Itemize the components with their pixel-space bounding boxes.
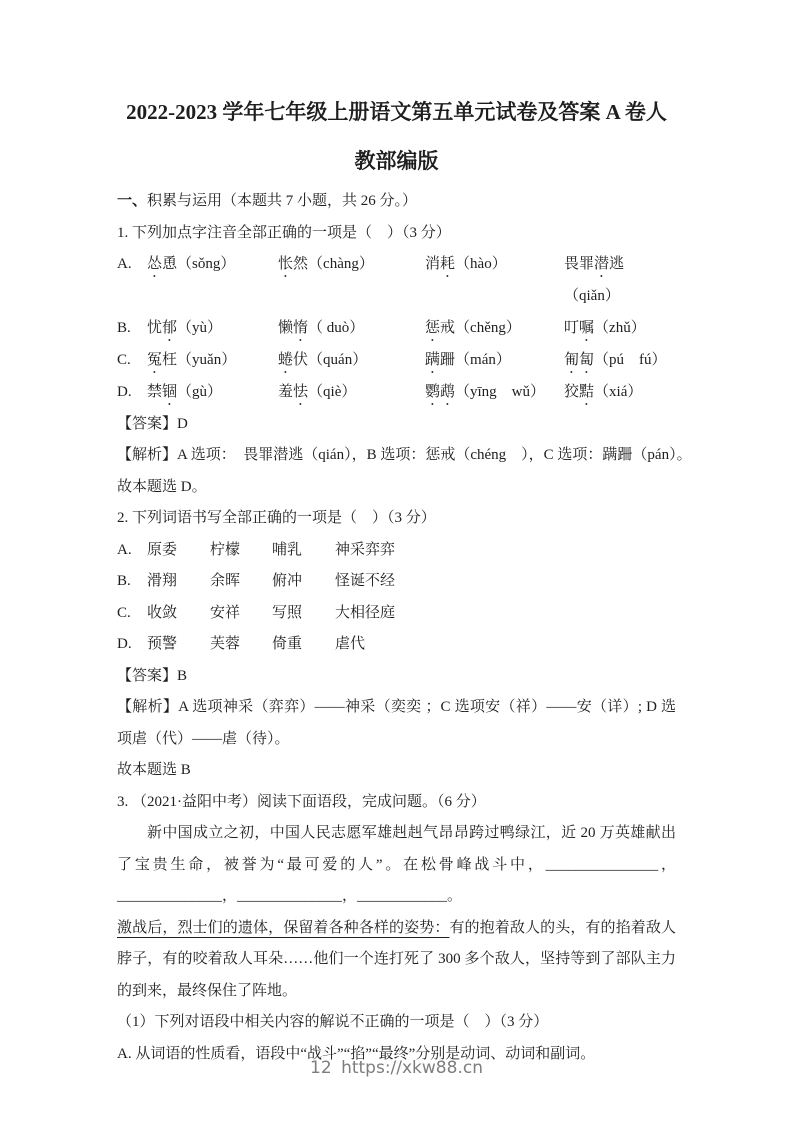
section-heading-text: 积累与运用（本题共 7 小题，共 26 分。）: [147, 193, 417, 209]
word-with-pinyin: 消耗（hào）: [425, 249, 564, 313]
underlined-sentence: 激战后，烈士们的遗体，保留着各种各样的姿势：: [117, 920, 449, 936]
dotted-char: 怯: [293, 384, 308, 400]
word: 柠檬: [210, 535, 272, 567]
word-with-pinyin: 惩戒（chěng）: [425, 313, 564, 345]
pinyin: （qiè）: [308, 384, 356, 400]
q2-option-row-b: B. 滑翔 余晖 俯冲 怪诞不经: [117, 566, 676, 598]
q2-option-row-a: A. 原委 柠檬 哺乳 神采弈弈: [117, 535, 676, 567]
dotted-char: 蹒: [425, 352, 440, 368]
word-post: 戒: [440, 320, 455, 336]
q2-conclusion: 故本题选 B: [117, 755, 676, 787]
word-pre: 畏罪: [564, 256, 594, 272]
word: 大相径庭: [335, 598, 676, 630]
pinyin: （chěng）: [455, 320, 521, 336]
pinyin: （zhǔ）: [594, 320, 646, 336]
word-post: 跚: [440, 352, 455, 368]
word-pre: 懒: [278, 320, 293, 336]
q1-option-row-c: C. 冤枉（yuǎn） 蜷伏（quán） 蹒跚（mán） 匍匐（pú fú）: [117, 345, 676, 377]
pinyin: （gù）: [177, 384, 222, 400]
page-title: 2022-2023 学年七年级上册语文第五单元试卷及答案 A 卷人 教部编版: [117, 88, 676, 186]
exam-document-page: 2022-2023 学年七年级上册语文第五单元试卷及答案 A 卷人 教部编版 一…: [0, 0, 793, 1122]
word: 虐代: [335, 629, 676, 661]
dotted-char: 鹦鹉: [425, 384, 455, 400]
site-url: https://xkw88.cn: [341, 1058, 483, 1078]
option-label: C.: [117, 345, 147, 377]
pinyin: （yù）: [177, 320, 222, 336]
word-with-pinyin: 蜷伏（quán）: [278, 345, 425, 377]
dotted-char: 惰: [293, 320, 308, 336]
word: 收敛: [147, 598, 210, 630]
word-with-pinyin: 怅然（chàng）: [278, 249, 425, 313]
word-post: 逃: [609, 256, 624, 272]
word-with-pinyin: 叮嘱（zhǔ）: [564, 313, 676, 345]
word: 滑翔: [147, 566, 210, 598]
pinyin: （mán）: [455, 352, 511, 368]
option-label: D.: [117, 377, 147, 409]
word-with-pinyin: 狡黠（xiá）: [564, 377, 676, 409]
option-label: A.: [117, 535, 147, 567]
word-pre: 忧: [147, 320, 162, 336]
q1-stem: 1. 下列加点字注音全部正确的一项是（ ）（3 分）: [117, 218, 676, 250]
word: 俯冲: [272, 566, 335, 598]
dotted-char: 惩: [425, 320, 440, 336]
word-pre: 消: [425, 256, 440, 272]
pinyin: （quán）: [308, 352, 367, 368]
q1-option-row-d: D. 禁锢（gù） 羞怯（qiè） 鹦鹉（yīng wǔ） 狡黠（xiá）: [117, 377, 676, 409]
pinyin: （qiǎn）: [564, 288, 620, 304]
option-label: A.: [117, 249, 147, 313]
dotted-char: 耗: [440, 256, 455, 272]
pinyin: （yuǎn）: [177, 352, 236, 368]
page-number: 12: [310, 1058, 332, 1078]
word: 哺乳: [272, 535, 335, 567]
word-post: 然: [293, 256, 308, 272]
q1-option-row-a: A. 怂恿（sǒng） 怅然（chàng） 消耗（hào） 畏罪潜逃（qiǎn）: [117, 249, 676, 313]
pinyin: （ duò）: [308, 320, 364, 336]
word-with-pinyin: 忧郁（yù）: [147, 313, 278, 345]
word-with-pinyin: 怂恿（sǒng）: [147, 249, 278, 313]
q3-sub1-stem: （1）下列对语段中相关内容的解说不正确的一项是（ ）（3 分）: [117, 1007, 676, 1039]
word-with-pinyin: 畏罪潜逃（qiǎn）: [564, 249, 676, 313]
pinyin: （xiá）: [594, 384, 642, 400]
pinyin: （hào）: [455, 256, 507, 272]
dotted-char: 怂: [147, 256, 162, 272]
pinyin: （pú fú）: [594, 352, 667, 368]
q2-stem: 2. 下列词语书写全部正确的一项是（ ）（3 分）: [117, 503, 676, 535]
option-label: B.: [117, 313, 147, 345]
word: 写照: [272, 598, 335, 630]
q2-analysis: 【解析】A 选项神采（弈弈）——神采（奕奕 ；C 选项安（祥）——安（详）; D…: [117, 692, 676, 755]
q2-option-row-d: D. 预警 芙蓉 倚重 虐代: [117, 629, 676, 661]
page-title-line2: 教部编版: [117, 137, 676, 186]
page-title-line1: 2022-2023 学年七年级上册语文第五单元试卷及答案 A 卷人: [117, 88, 676, 137]
q1-answer: 【答案】D: [117, 409, 676, 441]
word-post: 枉: [162, 352, 177, 368]
word-pre: 禁: [147, 384, 162, 400]
dotted-char: 嘱: [579, 320, 594, 336]
word-pre: 叮: [564, 320, 579, 336]
q3-stem: 3. （2021·益阳中考）阅读下面语段，完成问题。（6 分）: [117, 787, 676, 819]
word: 神采弈弈: [335, 535, 676, 567]
word: 原委: [147, 535, 210, 567]
q3-passage-paragraph-2: 激战后，烈士们的遗体，保留着各种各样的姿势：有的抱着敌人的头，有的掐着敌人脖子，…: [117, 913, 676, 1008]
section-heading: 一、积累与运用（本题共 7 小题，共 26 分。）: [117, 186, 676, 218]
word: 怪诞不经: [335, 566, 676, 598]
q1-conclusion: 故本题选 D。: [117, 472, 676, 504]
word-with-pinyin: 懒惰（ duò）: [278, 313, 425, 345]
word-with-pinyin: 羞怯（qiè）: [278, 377, 425, 409]
word: 预警: [147, 629, 210, 661]
pinyin: （sǒng）: [177, 256, 235, 272]
word-pre: 狡: [564, 384, 579, 400]
word: 安祥: [210, 598, 272, 630]
section-number: 一、: [117, 193, 147, 209]
dotted-char: 郁: [162, 320, 177, 336]
q2-option-row-c: C. 收敛 安祥 写照 大相径庭: [117, 598, 676, 630]
word-pre: 羞: [278, 384, 293, 400]
word: 余晖: [210, 566, 272, 598]
page-footer: 12 https://xkw88.cn: [0, 1058, 793, 1078]
word: 倚重: [272, 629, 335, 661]
dotted-char: 锢: [162, 384, 177, 400]
word-with-pinyin: 蹒跚（mán）: [425, 345, 564, 377]
dotted-char: 冤: [147, 352, 162, 368]
dotted-char: 匍匐: [564, 352, 594, 368]
word-post: 恿: [162, 256, 177, 272]
word-post: 伏: [293, 352, 308, 368]
pinyin: （yīng wǔ）: [455, 384, 545, 400]
word-with-pinyin: 鹦鹉（yīng wǔ）: [425, 377, 564, 409]
q3-passage-paragraph-1: 新中国成立之初，中国人民志愿军雄赳赳气昂昂跨过鸭绿江，近 20 万英雄献出了宝贵…: [117, 818, 676, 913]
option-label: D.: [117, 629, 147, 661]
option-label: B.: [117, 566, 147, 598]
word: 芙蓉: [210, 629, 272, 661]
q1-analysis: 【解析】A 选项： 畏罪潜逃（qián），B 选项：惩戒（chéng ），C 选…: [117, 440, 676, 472]
word-with-pinyin: 冤枉（yuǎn）: [147, 345, 278, 377]
dotted-char: 蜷: [278, 352, 293, 368]
word-with-pinyin: 匍匐（pú fú）: [564, 345, 676, 377]
q2-answer: 【答案】B: [117, 661, 676, 693]
dotted-char: 怅: [278, 256, 293, 272]
q1-option-row-b: B. 忧郁（yù） 懒惰（ duò） 惩戒（chěng） 叮嘱（zhǔ）: [117, 313, 676, 345]
dotted-char: 潜: [594, 256, 609, 272]
pinyin: （chàng）: [308, 256, 374, 272]
word-with-pinyin: 禁锢（gù）: [147, 377, 278, 409]
dotted-char: 黠: [579, 384, 594, 400]
option-label: C.: [117, 598, 147, 630]
